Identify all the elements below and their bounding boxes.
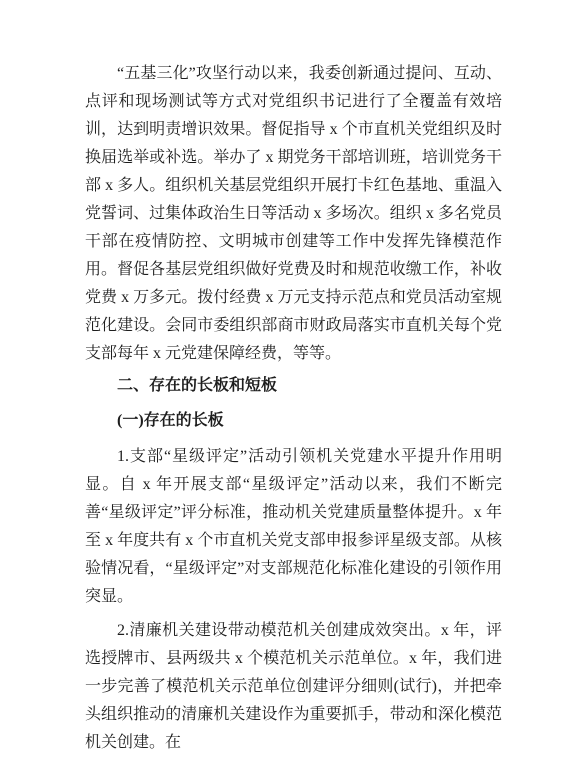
body-paragraph-1: “五基三化”攻坚行动以来，我委创新通过提问、互动、点评和现场测试等方式对党组织书… [85, 60, 502, 368]
body-paragraph-3: 2.清廉机关建设带动模范机关创建成效突出。x 年，评选授牌市、县两级共 x 个模… [85, 617, 502, 757]
document-page: “五基三化”攻坚行动以来，我委创新通过提问、互动、点评和现场测试等方式对党组织书… [0, 0, 586, 759]
body-paragraph-2: 1.支部“星级评定”活动引领机关党建水平提升作用明显。自 x 年开展支部“星级评… [85, 443, 502, 611]
section-heading: 二、存在的长板和短板 [85, 372, 502, 400]
subsection-heading: (一)存在的长板 [85, 407, 502, 435]
document-text-block: “五基三化”攻坚行动以来，我委创新通过提问、互动、点评和现场测试等方式对党组织书… [85, 60, 502, 757]
